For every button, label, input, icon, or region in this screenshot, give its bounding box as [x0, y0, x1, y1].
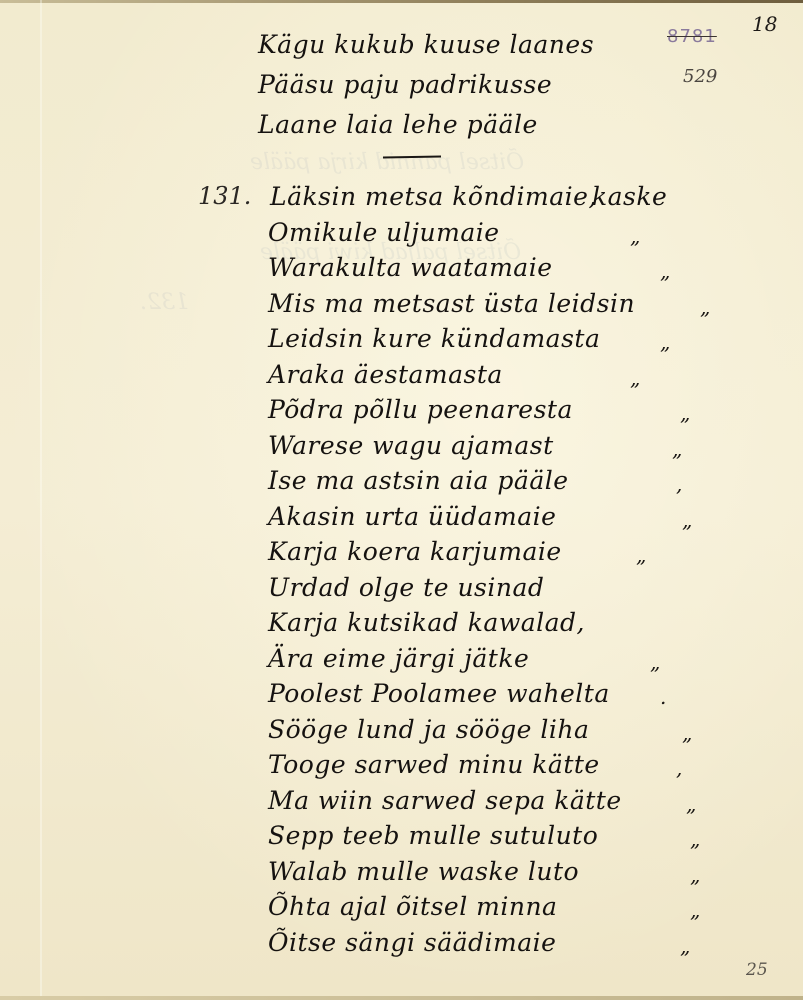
song-line: Õitse sängi säädimaie	[268, 928, 556, 958]
intro-line-1: Kägu kukub kuuse laanes	[258, 30, 594, 60]
ditto-mark: „	[636, 543, 646, 567]
song-line: Põdra põllu peenaresta	[268, 395, 573, 425]
ditto-mark: „	[672, 437, 682, 461]
bleed-through-text: Õitsel pannid kirja pääle	[250, 150, 524, 175]
song-line: Walab mulle waske luto	[268, 857, 579, 887]
ditto-mark: „	[680, 401, 690, 425]
ditto-mark: „	[690, 898, 700, 922]
ditto-mark: ,	[676, 756, 682, 780]
intro-line-2: Pääsu paju padrikusse	[258, 70, 552, 100]
intro-line-3: Laane laia lehe pääle	[258, 110, 538, 140]
archive-number: 529	[683, 66, 717, 87]
ditto-mark: „	[680, 934, 690, 958]
song-line: Mis ma metsast üsta leidsin	[268, 289, 635, 319]
ditto-mark: „	[630, 224, 640, 248]
paper-bottom-edge	[0, 996, 803, 1000]
struck-stamp-number: 8781	[667, 26, 717, 47]
song-line: Akasin urta üüdamaie	[268, 502, 556, 532]
song-line: Ära eime järgi jätke	[268, 644, 529, 674]
song-line: Urdad olge te usinad	[268, 573, 544, 603]
corner-number: 25	[746, 960, 768, 980]
ditto-mark: „	[682, 508, 692, 532]
song-line: Ise ma astsin aia pääle	[268, 466, 569, 496]
song-line: Ma wiin sarwed sepa kätte	[268, 786, 622, 816]
song-line: Karja koera karjumaie	[268, 537, 562, 567]
song-line: Õhta ajal õitsel minna	[268, 892, 557, 922]
ditto-mark: „	[650, 650, 660, 674]
ditto-mark: „	[660, 259, 670, 283]
manuscript-page: Õitsel pannid kirja pääle Õitsel paljad …	[0, 0, 803, 1000]
song-line: Leidsin kure kündamasta	[268, 324, 600, 354]
paper-top-edge	[0, 0, 803, 3]
song-line: Karja kutsikad kawalad,	[268, 608, 585, 638]
ditto-mark: „	[630, 366, 640, 390]
ditto-mark: „	[690, 827, 700, 851]
ditto-mark: ,	[676, 472, 682, 496]
song-line: Sööge lund ja sööge liha	[268, 715, 589, 745]
ditto-mark: .	[660, 685, 666, 709]
ditto-mark: „	[686, 792, 696, 816]
song-line: Omikule uljumaie	[268, 218, 500, 248]
song-line: Araka äestamasta	[268, 360, 503, 390]
ditto-mark: „	[690, 863, 700, 887]
paper-fold-line	[40, 0, 42, 1000]
song-line: Sepp teeb mulle sutuluto	[268, 821, 598, 851]
song-line: Tooge sarwed minu kätte	[268, 750, 600, 780]
refrain-word: kaske	[592, 182, 667, 212]
song-number: 131.	[198, 182, 251, 210]
ditto-mark: „	[682, 721, 692, 745]
song-line: Läksin metsa kõndimaie,	[270, 182, 597, 212]
bleed-through-number: 132.	[140, 290, 189, 315]
ditto-mark: „	[700, 295, 710, 319]
song-line: Warese wagu ajamast	[268, 431, 554, 461]
song-line: Warakulta waatamaie	[268, 253, 553, 283]
song-line: Poolest Poolamee wahelta	[268, 679, 610, 709]
ditto-mark: „	[660, 330, 670, 354]
page-number: 18	[752, 12, 777, 36]
